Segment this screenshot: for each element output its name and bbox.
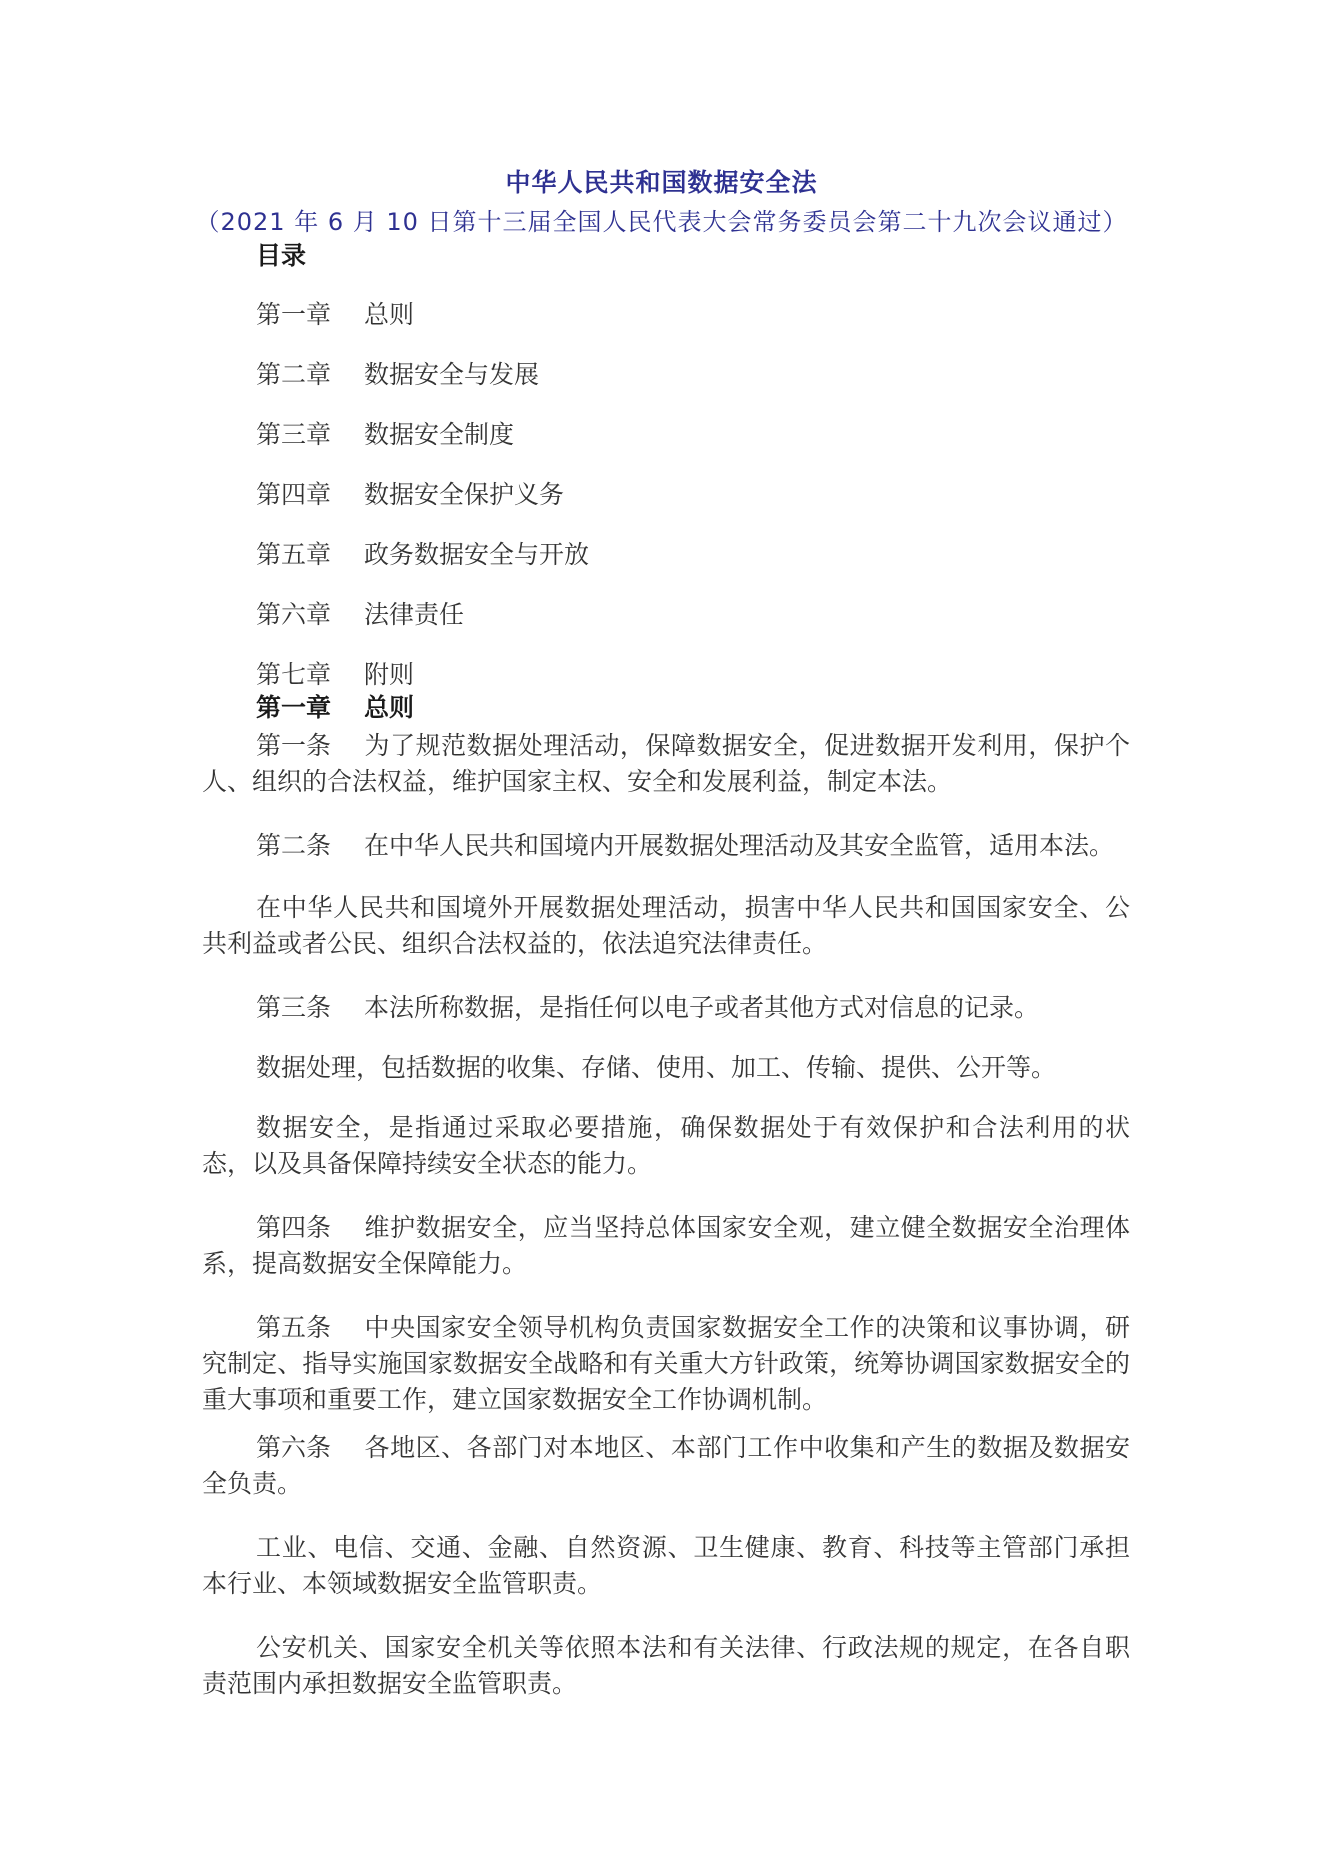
toc-heading: 目录 [256, 236, 306, 272]
article-number: 第三条 [256, 990, 364, 1026]
document-subtitle: （2021 年 6 月 10 日第十三届全国人民代表大会常务委员会第二十九次会议… [0, 202, 1323, 237]
toc-item: 第二章数据安全与发展 [256, 355, 539, 391]
toc-item-label: 总则 [364, 300, 414, 329]
document-title: 中华人民共和国数据安全法 [0, 163, 1323, 199]
toc-item-label: 附则 [364, 660, 414, 689]
article-paragraph: 第一条为了规范数据处理活动，保障数据安全，促进数据开发利用，保护个人、组织的合法… [202, 728, 1130, 800]
toc-item-label: 数据安全保护义务 [364, 480, 564, 509]
article-paragraph: 第五条中央国家安全领导机构负责国家数据安全工作的决策和议事协调，研究制定、指导实… [202, 1310, 1130, 1418]
toc-item-number: 第一章 [256, 295, 364, 331]
article-number: 第二条 [256, 828, 364, 864]
article-text: 在中华人民共和国境外开展数据处理活动，损害中华人民共和国国家安全、公共利益或者公… [202, 893, 1130, 958]
toc-item-number: 第三章 [256, 415, 364, 451]
toc-item: 第四章数据安全保护义务 [256, 475, 564, 511]
article-paragraph: 工业、电信、交通、金融、自然资源、卫生健康、教育、科技等主管部门承担本行业、本领… [202, 1530, 1130, 1602]
toc-item-number: 第六章 [256, 595, 364, 631]
toc-item-number: 第五章 [256, 535, 364, 571]
toc-item-label: 政务数据安全与开放 [364, 540, 589, 569]
document-page: 中华人民共和国数据安全法 （2021 年 6 月 10 日第十三届全国人民代表大… [0, 0, 1323, 1871]
article-number: 第六条 [256, 1430, 364, 1466]
article-paragraph: 第二条在中华人民共和国境内开展数据处理活动及其安全监管，适用本法。 [202, 828, 1130, 864]
article-number: 第四条 [256, 1210, 364, 1246]
article-paragraph: 第六条各地区、各部门对本地区、本部门工作中收集和产生的数据及数据安全负责。 [202, 1430, 1130, 1502]
toc-item: 第六章法律责任 [256, 595, 464, 631]
article-text: 本法所称数据，是指任何以电子或者其他方式对信息的记录。 [364, 993, 1039, 1022]
toc-item: 第七章附则 [256, 655, 414, 691]
article-paragraph: 第四条维护数据安全，应当坚持总体国家安全观，建立健全数据安全治理体系，提高数据安… [202, 1210, 1130, 1282]
article-number: 第一条 [256, 728, 364, 764]
article-text: 数据安全，是指通过采取必要措施，确保数据处于有效保护和合法利用的状态，以及具备保… [202, 1113, 1130, 1178]
toc-item: 第五章政务数据安全与开放 [256, 535, 589, 571]
toc-item-number: 第二章 [256, 355, 364, 391]
article-number: 第五条 [256, 1310, 364, 1346]
article-text: 在中华人民共和国境内开展数据处理活动及其安全监管，适用本法。 [364, 831, 1114, 860]
chapter-heading: 第一章总则 [256, 688, 414, 724]
article-paragraph: 数据处理，包括数据的收集、存储、使用、加工、传输、提供、公开等。 [202, 1050, 1130, 1086]
toc-item: 第一章总则 [256, 295, 414, 331]
article-paragraph: 在中华人民共和国境外开展数据处理活动，损害中华人民共和国国家安全、公共利益或者公… [202, 890, 1130, 962]
article-paragraph: 数据安全，是指通过采取必要措施，确保数据处于有效保护和合法利用的状态，以及具备保… [202, 1110, 1130, 1182]
toc-item-number: 第七章 [256, 655, 364, 691]
toc-item-label: 法律责任 [364, 600, 464, 629]
toc-item-label: 数据安全制度 [364, 420, 514, 449]
article-text: 工业、电信、交通、金融、自然资源、卫生健康、教育、科技等主管部门承担本行业、本领… [202, 1533, 1130, 1598]
chapter-label: 总则 [364, 693, 414, 722]
toc-item: 第三章数据安全制度 [256, 415, 514, 451]
article-paragraph: 公安机关、国家安全机关等依照本法和有关法律、行政法规的规定，在各自职责范围内承担… [202, 1630, 1130, 1702]
toc-item-number: 第四章 [256, 475, 364, 511]
toc-item-label: 数据安全与发展 [364, 360, 539, 389]
article-text: 数据处理，包括数据的收集、存储、使用、加工、传输、提供、公开等。 [256, 1053, 1056, 1082]
chapter-number: 第一章 [256, 688, 364, 724]
article-paragraph: 第三条本法所称数据，是指任何以电子或者其他方式对信息的记录。 [202, 990, 1130, 1026]
article-text: 公安机关、国家安全机关等依照本法和有关法律、行政法规的规定，在各自职责范围内承担… [202, 1633, 1130, 1698]
